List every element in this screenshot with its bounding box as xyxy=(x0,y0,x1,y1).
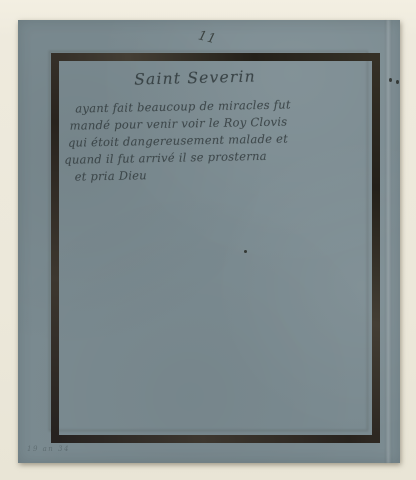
inventory-mark: 19 an 34 xyxy=(27,445,70,453)
ink-dot xyxy=(389,78,392,82)
manuscript-paper: 11 Saint Severin ayant fait beaucoup de … xyxy=(18,20,400,463)
manuscript-text-block: ayant fait beaucoup de miracles fut mand… xyxy=(63,96,355,187)
paper-crease xyxy=(385,20,392,463)
photo-backdrop: 11 Saint Severin ayant fait beaucoup de … xyxy=(0,0,416,480)
ink-dot xyxy=(396,80,399,84)
page-number: 11 xyxy=(197,28,224,48)
ink-spot xyxy=(244,250,247,253)
